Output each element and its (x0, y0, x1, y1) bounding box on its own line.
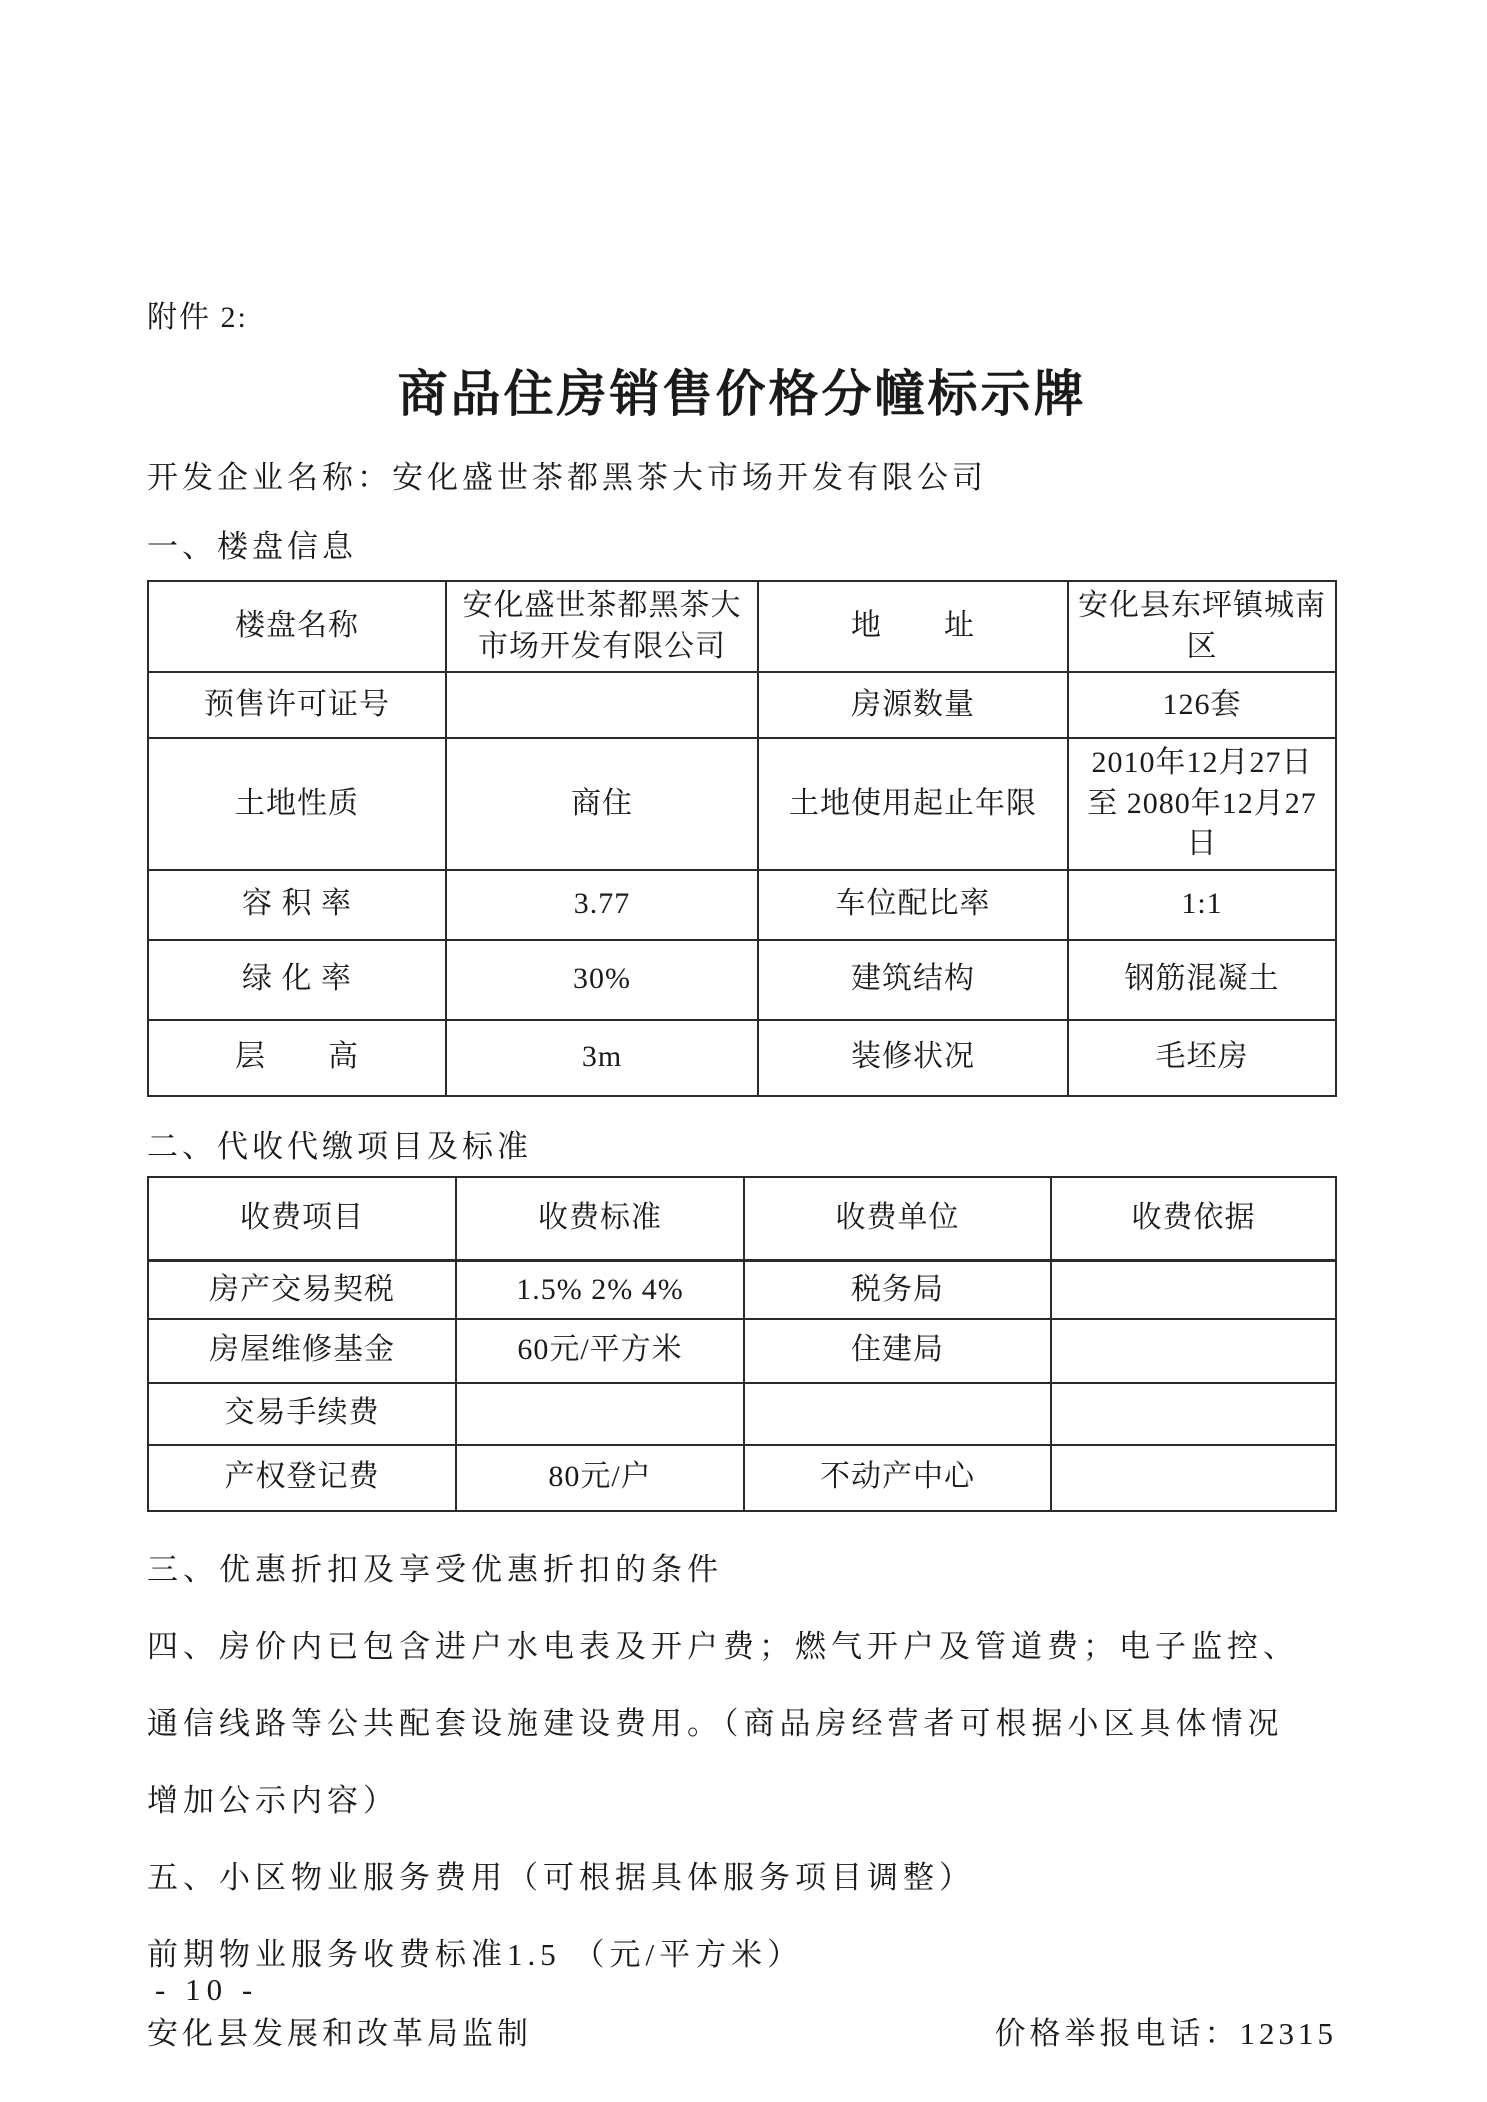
cell-label: 土地性质 (148, 738, 446, 870)
cell-label: 产权登记费 (148, 1445, 456, 1511)
cell-label: 绿 化 率 (148, 940, 446, 1020)
page-number: - 10 - (155, 1972, 258, 2008)
cell-value: 30% (446, 940, 758, 1020)
cell-value: 1.5% 2% 4% (456, 1261, 744, 1319)
cell-label: 房产交易契税 (148, 1261, 456, 1319)
page-title: 商品住房销售价格分幢标示牌 (147, 354, 1337, 426)
cell-label: 车位配比率 (758, 870, 1068, 940)
cell-label: 层 高 (148, 1020, 446, 1096)
cell-value: 税务局 (744, 1261, 1051, 1319)
cell-value: 3m (446, 1020, 758, 1096)
table-row: 绿 化 率 30% 建筑结构 钢筋混凝土 (148, 940, 1336, 1020)
cell-value: 安化盛世茶都黑茶大市场开发有限公司 (446, 581, 758, 672)
price-report-hotline: 价格举报电话：12315 (995, 2008, 1338, 2053)
table-row: 楼盘名称 安化盛世茶都黑茶大市场开发有限公司 地 址 安化县东坪镇城南区 (148, 581, 1336, 672)
cell-label: 装修状况 (758, 1020, 1068, 1096)
cell-label: 交易手续费 (148, 1383, 456, 1445)
cell-value: 1:1 (1068, 870, 1336, 940)
cell-value (1051, 1445, 1336, 1511)
table-row: 预售许可证号 房源数量 126套 (148, 672, 1336, 738)
section4-line1: 四、房价内已包含进户水电表及开户费；燃气开户及管道费；电子监控、 (147, 1621, 1337, 1666)
property-fee-line: 前期物业服务收费标准1.5 （元/平方米） (147, 1929, 1337, 1974)
table-row: 产权登记费 80元/户 不动产中心 (148, 1445, 1336, 1511)
table-row: 房屋维修基金 60元/平方米 住建局 (148, 1319, 1336, 1383)
cell-label: 楼盘名称 (148, 581, 446, 672)
section4-line2: 通信线路等公共配套设施建设费用。（商品房经营者可根据小区具体情况 (147, 1698, 1337, 1743)
cell-value: 钢筋混凝土 (1068, 940, 1336, 1020)
column-header: 收费单位 (744, 1177, 1051, 1261)
column-header: 收费依据 (1051, 1177, 1336, 1261)
section2-heading: 二、代收代缴项目及标准 (147, 1121, 1337, 1166)
cell-value: 60元/平方米 (456, 1319, 744, 1383)
cell-value: 3.77 (446, 870, 758, 940)
cell-label: 地 址 (758, 581, 1068, 672)
cell-value (744, 1383, 1051, 1445)
cell-label: 土地使用起止年限 (758, 738, 1068, 870)
cell-value: 不动产中心 (744, 1445, 1051, 1511)
cell-value: 2010年12月27日至 2080年12月27日 (1068, 738, 1336, 870)
cell-value (456, 1383, 744, 1445)
cell-label: 房屋维修基金 (148, 1319, 456, 1383)
cell-value: 126套 (1068, 672, 1336, 738)
table-row: 土地性质 商住 土地使用起止年限 2010年12月27日至 2080年12月27… (148, 738, 1336, 870)
cell-label: 房源数量 (758, 672, 1068, 738)
cell-value (1051, 1319, 1336, 1383)
column-header: 收费标准 (456, 1177, 744, 1261)
section5-heading: 五、小区物业服务费用（可根据具体服务项目调整） (147, 1852, 1337, 1897)
section1-heading: 一、楼盘信息 (147, 521, 1337, 566)
building-info-table: 楼盘名称 安化盛世茶都黑茶大市场开发有限公司 地 址 安化县东坪镇城南区 预售许… (147, 580, 1337, 1097)
cell-value (1051, 1383, 1336, 1445)
cell-value: 商住 (446, 738, 758, 870)
cell-label: 建筑结构 (758, 940, 1068, 1020)
cell-value: 80元/户 (456, 1445, 744, 1511)
cell-value (446, 672, 758, 738)
developer-name-line: 开发企业名称：安化盛世茶都黑茶大市场开发有限公司 (147, 452, 1337, 497)
table-row: 层 高 3m 装修状况 毛坯房 (148, 1020, 1336, 1096)
section3-heading: 三、优惠折扣及享受优惠折扣的条件 (147, 1544, 1337, 1589)
cell-value: 毛坯房 (1068, 1020, 1336, 1096)
cell-label: 预售许可证号 (148, 672, 446, 738)
column-header: 收费项目 (148, 1177, 456, 1261)
table-row: 容 积 率 3.77 车位配比率 1:1 (148, 870, 1336, 940)
table-row: 交易手续费 (148, 1383, 1336, 1445)
document-page: 附件 2: 商品住房销售价格分幢标示牌 开发企业名称：安化盛世茶都黑茶大市场开发… (147, 292, 1337, 2053)
table-header-row: 收费项目 收费标准 收费单位 收费依据 (148, 1177, 1336, 1261)
cell-value: 住建局 (744, 1319, 1051, 1383)
table-row: 房产交易契税 1.5% 2% 4% 税务局 (148, 1261, 1336, 1319)
footer: 安化县发展和改革局监制 价格举报电话：12315 (147, 2008, 1337, 2053)
cell-value: 安化县东坪镇城南区 (1068, 581, 1336, 672)
section4-line3: 增加公示内容） (147, 1775, 1337, 1820)
supervising-authority: 安化县发展和改革局监制 (147, 2008, 532, 2053)
fees-table: 收费项目 收费标准 收费单位 收费依据 房产交易契税 1.5% 2% 4% 税务… (147, 1176, 1337, 1512)
cell-label: 容 积 率 (148, 870, 446, 940)
attachment-label: 附件 2: (147, 292, 1337, 336)
cell-value (1051, 1261, 1336, 1319)
